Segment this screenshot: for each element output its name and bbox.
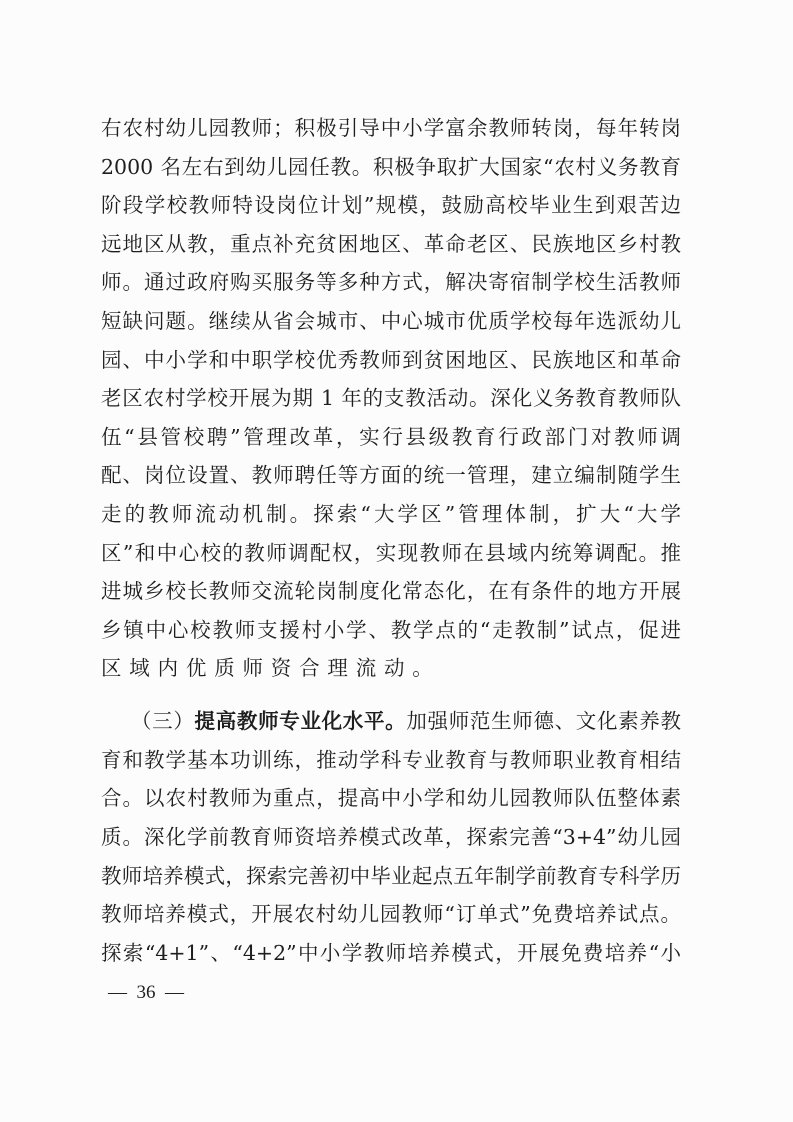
- body-text-line: 老区农村学校开展为期 1 年的支教活动。深化义务教育教师队: [101, 383, 681, 413]
- body-text-line: 区域内优质师资合理流动。: [101, 653, 681, 683]
- body-text-line: 教师培养模式，开展农村幼儿园教师“订单式”免费培养试点。: [101, 899, 681, 929]
- body-text-line: 伍“县管校聘”管理改革，实行县级教育行政部门对教师调: [101, 422, 681, 452]
- body-text-line: 乡镇中心校教师支援村小学、教学点的“走教制”试点，促进: [101, 615, 681, 645]
- body-text-line: 探索“4+1”、“4+2”中小学教师培养模式，开展免费培养“小: [101, 938, 681, 968]
- body-text-line: 师。通过政府购买服务等多种方式，解决寄宿制学校生活教师: [101, 267, 681, 297]
- section-number: （三）: [131, 709, 195, 733]
- body-text-line: 短缺问题。继续从省会城市、中心城市优质学校每年选派幼儿: [101, 306, 681, 336]
- section-first-line-text: 加强师范生师德、文化素养教: [406, 709, 681, 733]
- body-text-line: 配、岗位设置、教师聘任等方面的统一管理，建立编制随学生: [101, 460, 681, 490]
- body-text-line: 质。深化学前教育师资培养模式改革，探索完善“3+4”幼儿园: [101, 822, 681, 852]
- section-heading-line: （三）提高教师专业化水平。加强师范生师德、文化素养教: [131, 706, 681, 736]
- body-text-line: 合。以农村教师为重点，提高中小学和幼儿园教师队伍整体素: [101, 783, 681, 813]
- body-text-line: 园、中小学和中职学校优秀教师到贫困地区、民族地区和革命: [101, 345, 681, 375]
- body-text-line: 走的教师流动机制。探索“大学区”管理体制，扩大“大学: [101, 499, 681, 529]
- body-text-line: 教师培养模式，探索完善初中毕业起点五年制学前教育专科学历: [101, 861, 681, 891]
- body-text-line: 阶段学校教师特设岗位计划”规模，鼓励高校毕业生到艰苦边: [101, 190, 681, 220]
- body-text-line: 远地区从教，重点补充贫困地区、革命老区、民族地区乡村教: [101, 229, 681, 259]
- body-text-line: 区”和中心校的教师调配权，实现教师在县域内统筹调配。推: [101, 538, 681, 568]
- page-number: — 36 —: [108, 980, 184, 1006]
- body-text-line: 右农村幼儿园教师；积极引导中小学富余教师转岗，每年转岗: [101, 113, 681, 143]
- body-text-line: 进城乡校长教师交流轮岗制度化常态化，在有条件的地方开展: [101, 576, 681, 606]
- section-heading: 提高教师专业化水平。: [195, 709, 407, 733]
- body-text-line: 育和教学基本功训练，推动学科专业教育与教师职业教育相结: [101, 745, 681, 775]
- document-page: 右农村幼儿园教师；积极引导中小学富余教师转岗，每年转岗 2000 名左右到幼儿园…: [0, 0, 793, 1122]
- body-text-line: 2000 名左右到幼儿园任教。积极争取扩大国家“农村义务教育: [101, 152, 681, 182]
